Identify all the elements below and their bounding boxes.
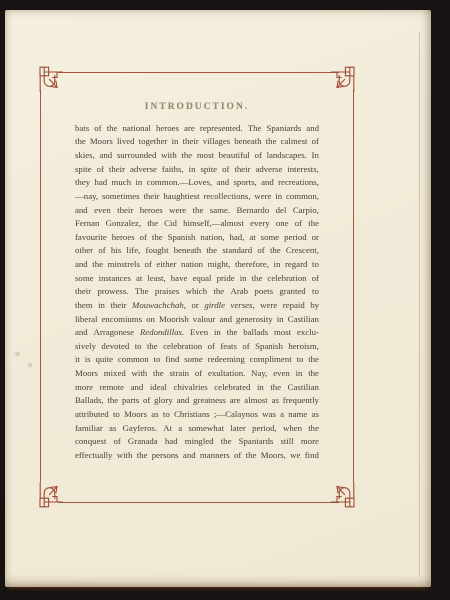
text-line: skies,andsurroundedwiththemostbeautifulo… [75,148,319,162]
corner-knot-icon [331,66,357,92]
text-line: batsofthenationalheroesarerepresented.Th… [75,121,319,135]
foxing-speck [15,352,20,356]
text-line: theMoorslivedtogetherintheirvillagesbene… [75,135,319,149]
book-page: INTRODUCTION. batsofthenationalheroesare… [5,10,431,587]
text-line: familiarasGayferos.Atasomewhatlaterperio… [75,421,319,435]
page-edge-line [419,32,420,577]
frame-rule-bottom [58,502,339,503]
frame-rule-top [58,72,339,73]
text-line: theirprowess.ThepraiseswhichtheArabpoets… [75,285,319,299]
corner-knot-icon [331,482,357,508]
text-line: moreremoteandidealchivalriescelebratedin… [75,380,319,394]
text-line: andeventheirheroeswerethesame.Bernardode… [75,203,319,217]
frame-rule-left [40,90,41,482]
book-scan-background: INTRODUCTION. batsofthenationalheroesare… [0,0,450,600]
text-line: Ballads,thepartsofgloryandgreatnessareal… [75,394,319,408]
text-line: andtheminstrelsofeithernationmight,there… [75,257,319,271]
text-line: favouriteheroesoftheSpanishnation,had,at… [75,230,319,244]
text-line: liberalencomiumsonMoorishvalourandgenero… [75,312,319,326]
text-line: conquestofGranadahadmingledtheSpaniardss… [75,434,319,448]
foxing-speck [28,363,32,367]
text-line: sivelydevotedtothecelebrationoffeatsofSp… [75,339,319,353]
text-line: FernanGonzalez,theCidhimself,—almostever… [75,216,319,230]
text-line: someinstancesatleast,haveequalprideinthe… [75,271,319,285]
frame-rule-right [353,90,354,482]
text-line: otherofhislife,foughtbeneaththestandardo… [75,244,319,258]
text-line: —nay,sometimestheirhaughtiestrecollectio… [75,189,319,203]
text-line: effectuallywiththepersonsandmannersofthe… [75,448,319,462]
text-line: itisquitecommontofindsomeredeemingcompli… [75,353,319,367]
corner-knot-icon [37,66,63,92]
text-line: attributedtoMoorsastoChristians;—Calayno… [75,407,319,421]
body-text: batsofthenationalheroesarerepresented.Th… [75,121,319,462]
text-line: themintheirMouwachchah,orgirdleverses,we… [75,298,319,312]
text-line: Moorsmixedwiththestrainofexultation.Nay,… [75,366,319,380]
corner-knot-icon [37,482,63,508]
text-line: spiteoftheiradversefaiths,inspiteoftheir… [75,162,319,176]
text-line: andArragoneseRedondillas.Evenintheballad… [75,325,319,339]
text-line: theyhadmuchincommon.—Loves,andsports,and… [75,176,319,190]
page-heading: INTRODUCTION. [75,102,319,116]
